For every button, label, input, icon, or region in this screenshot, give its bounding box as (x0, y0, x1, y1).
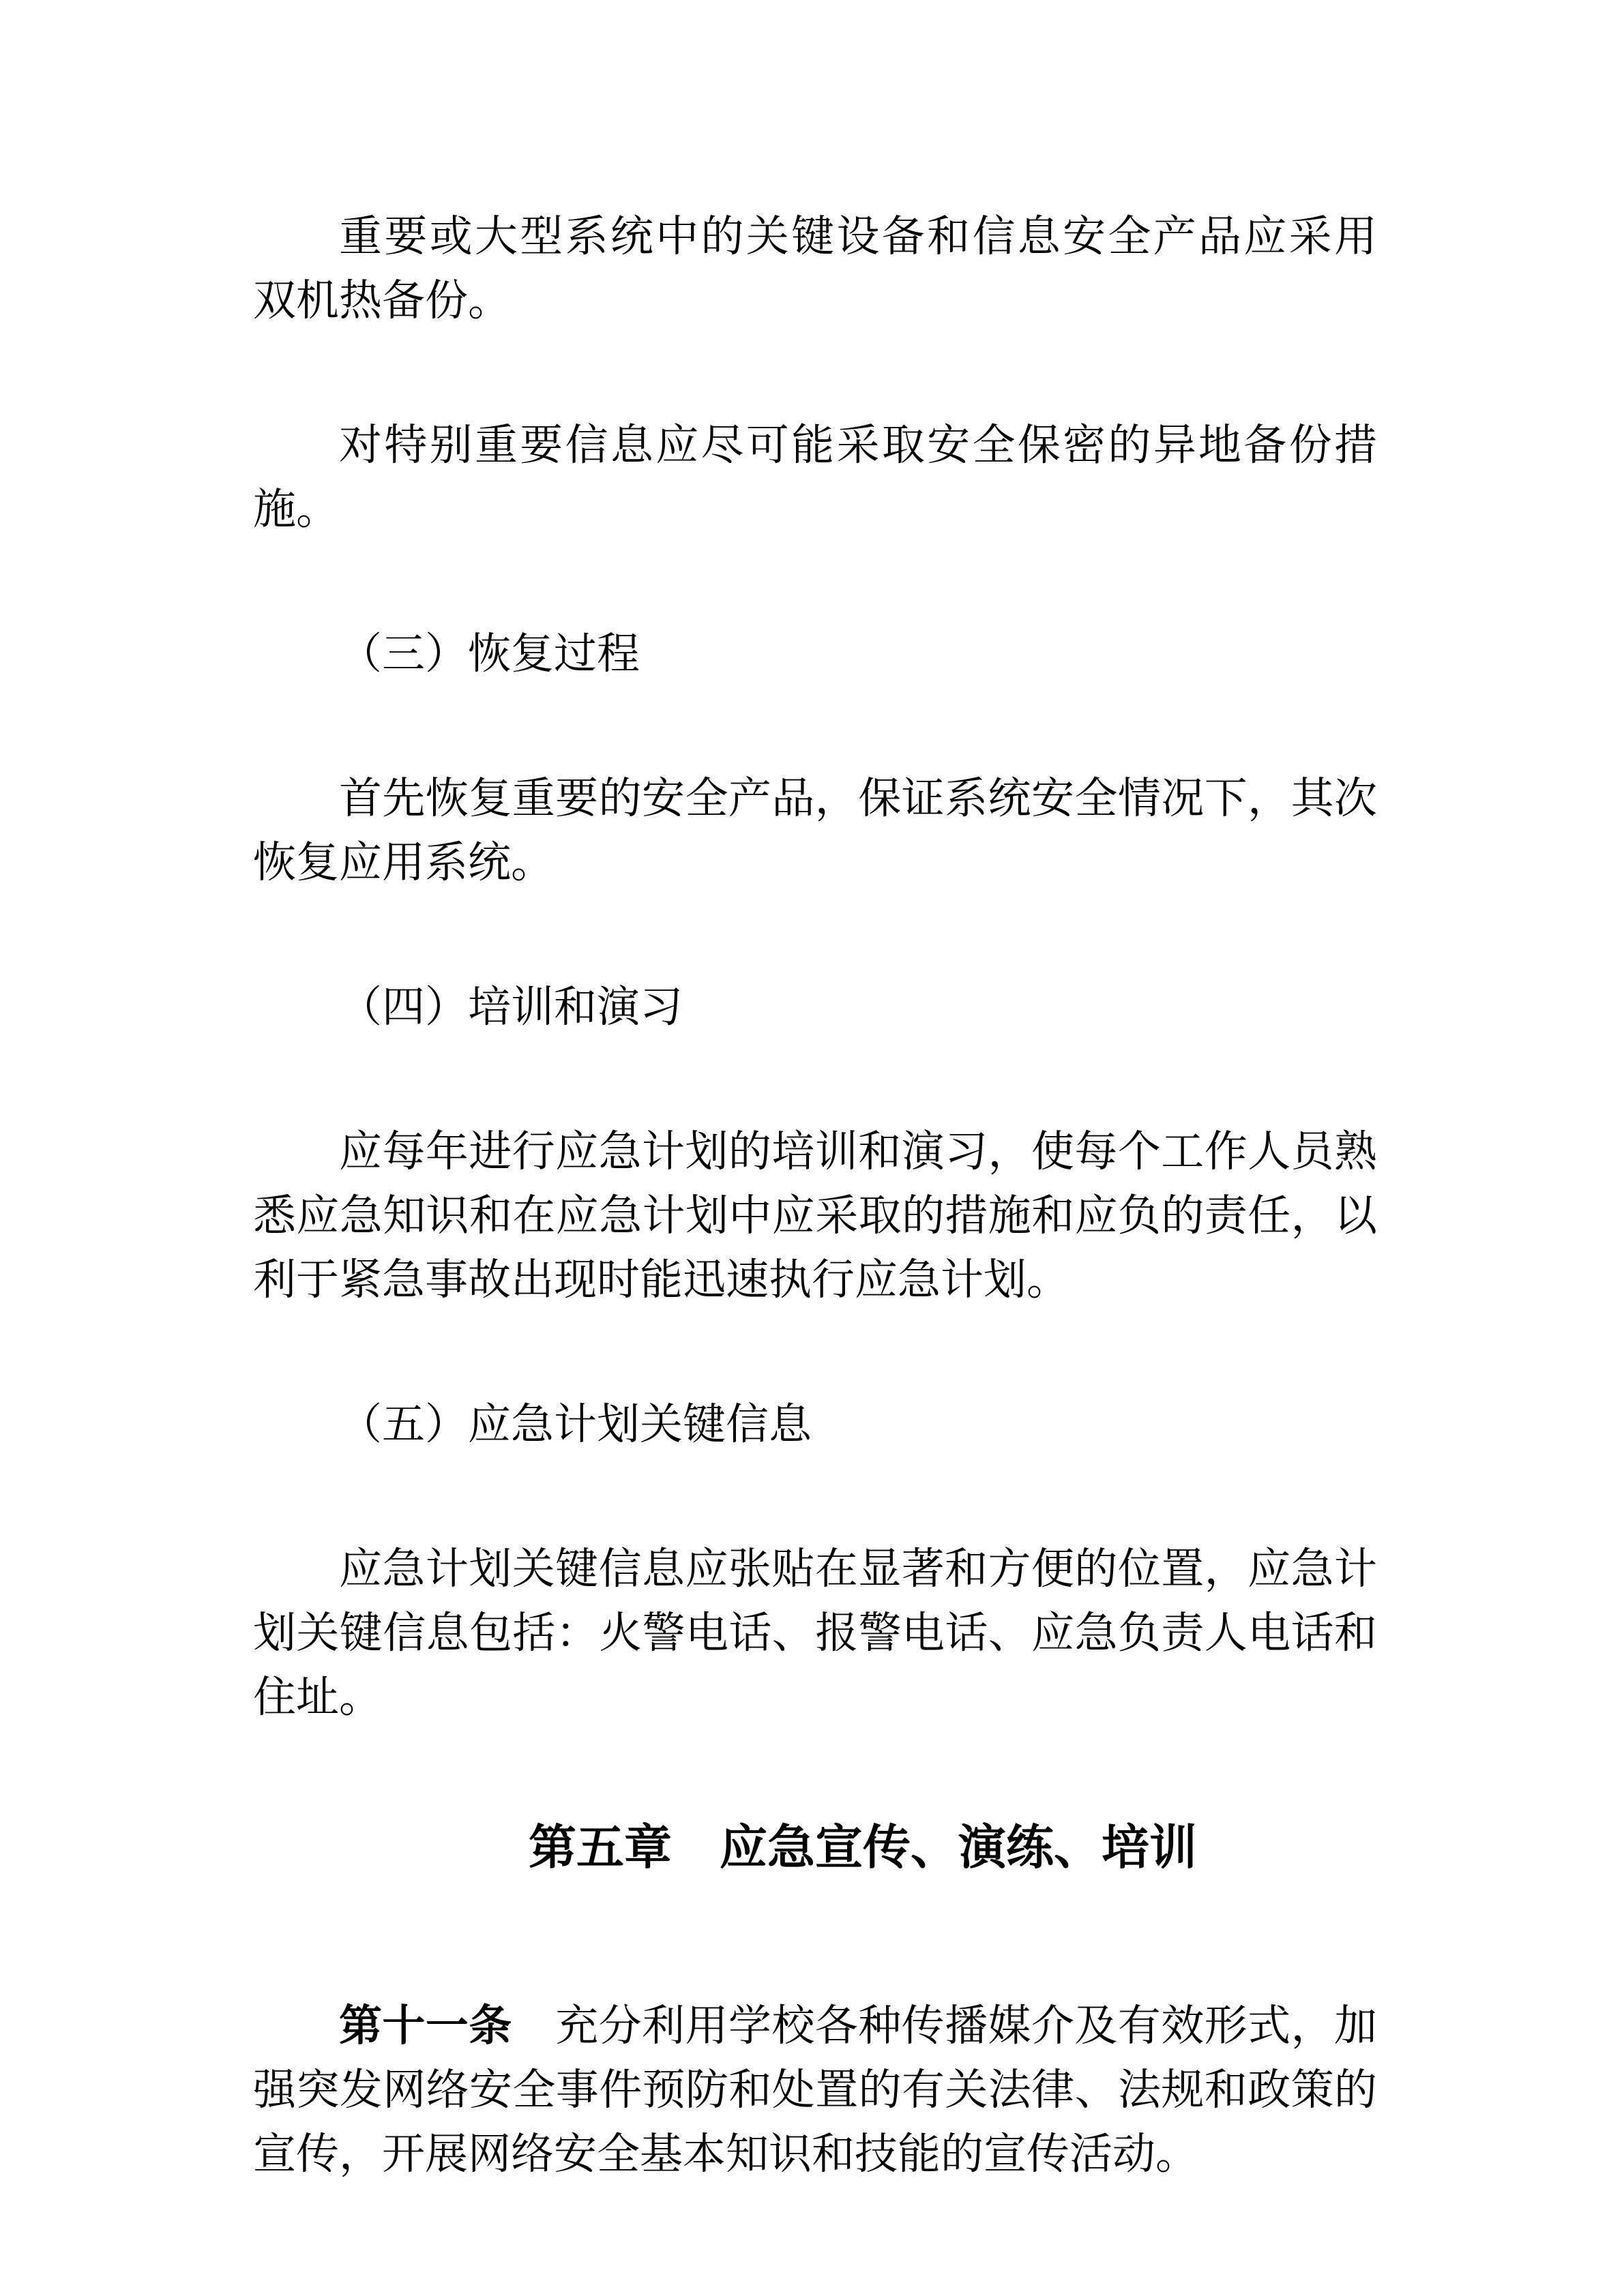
paragraph-line: 悉应急知识和在应急计划中应采取的措施和应负的责任，以 (253, 1184, 1377, 1248)
section-subheading: （四）培训和演习 (253, 975, 1377, 1039)
chapter-heading: 第五章 应急宣传、演练、培训 (253, 1810, 1377, 1885)
paragraph-line: 第十一条 充分利用学校各种传播媒介及有效形式，加 (253, 1994, 1377, 2058)
paragraph-line: 划关键信息包括：火警电话、报警电话、应急负责人电话和 (253, 1601, 1377, 1665)
article-term-separator (512, 2002, 555, 2050)
paragraph: 首先恢复重要的安全产品，保证系统安全情况下，其次 恢复应用系统。 (253, 766, 1377, 895)
paragraph: 应急计划关键信息应张贴在显著和方便的位置，应急计 划关键信息包括：火警电话、报警… (253, 1537, 1377, 1729)
article-number-term: 第十一条 (339, 2002, 512, 2050)
paragraph-line: 对特别重要信息应尽可能采取安全保密的异地备份措 (253, 413, 1377, 477)
subheading-line: （四）培训和演习 (253, 975, 1377, 1039)
paragraph-line: 强突发网络安全事件预防和处置的有关法律、法规和政策的 (253, 2058, 1377, 2122)
paragraph: 重要或大型系统中的关键设备和信息安全产品应采用 双机热备份。 (253, 205, 1377, 333)
paragraph-line: 施。 (253, 477, 1377, 541)
paragraph-line: 应每年进行应急计划的培训和演习，使每个工作人员熟 (253, 1120, 1377, 1184)
subheading-line: （三）恢复过程 (253, 622, 1377, 686)
article-text: 充分利用学校各种传播媒介及有效形式，加 (555, 2002, 1377, 2050)
paragraph-line: 恢复应用系统。 (253, 831, 1377, 895)
paragraph: 对特别重要信息应尽可能采取安全保密的异地备份措 施。 (253, 413, 1377, 541)
paragraph-line: 宣传，开展网络安全基本知识和技能的宣传活动。 (253, 2122, 1377, 2186)
paragraph: 第十一条 充分利用学校各种传播媒介及有效形式，加 强突发网络安全事件预防和处置的… (253, 1994, 1377, 2186)
paragraph-line: 利于紧急事故出现时能迅速执行应急计划。 (253, 1248, 1377, 1312)
paragraph-line: 应急计划关键信息应张贴在显著和方便的位置，应急计 (253, 1537, 1377, 1601)
paragraph-line: 双机热备份。 (253, 269, 1377, 333)
subheading-line: （五）应急计划关键信息 (253, 1392, 1377, 1457)
section-subheading: （五）应急计划关键信息 (253, 1392, 1377, 1457)
document-page: 重要或大型系统中的关键设备和信息安全产品应采用 双机热备份。 对特别重要信息应尽… (0, 0, 1624, 2296)
paragraph-line: 重要或大型系统中的关键设备和信息安全产品应采用 (253, 205, 1377, 269)
paragraph-line: 首先恢复重要的安全产品，保证系统安全情况下，其次 (253, 766, 1377, 831)
section-subheading: （三）恢复过程 (253, 622, 1377, 686)
paragraph-line: 住址。 (253, 1665, 1377, 1729)
paragraph: 应每年进行应急计划的培训和演习，使每个工作人员熟 悉应急知识和在应急计划中应采取… (253, 1120, 1377, 1312)
